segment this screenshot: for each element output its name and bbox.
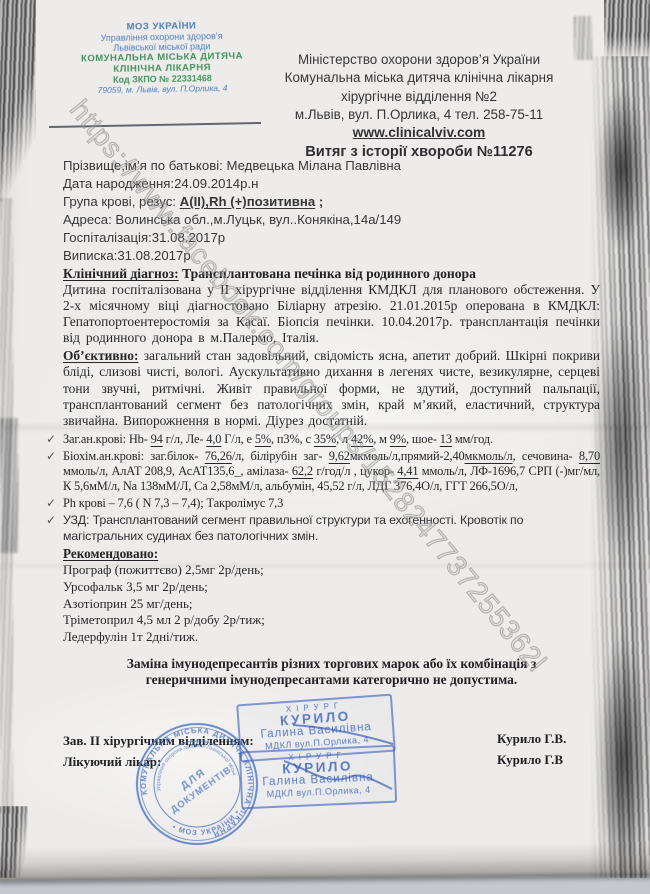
pen-signature-strokes [0, 0, 650, 894]
stamps-layer: КОМУНАЛЬНА МІСЬКА ДИТЯЧА КЛІНІЧНА ЛІКАРН… [0, 0, 650, 894]
document-scan: МОЗ УКРАЇНИ Управління охорони здоров’я … [0, 0, 650, 894]
